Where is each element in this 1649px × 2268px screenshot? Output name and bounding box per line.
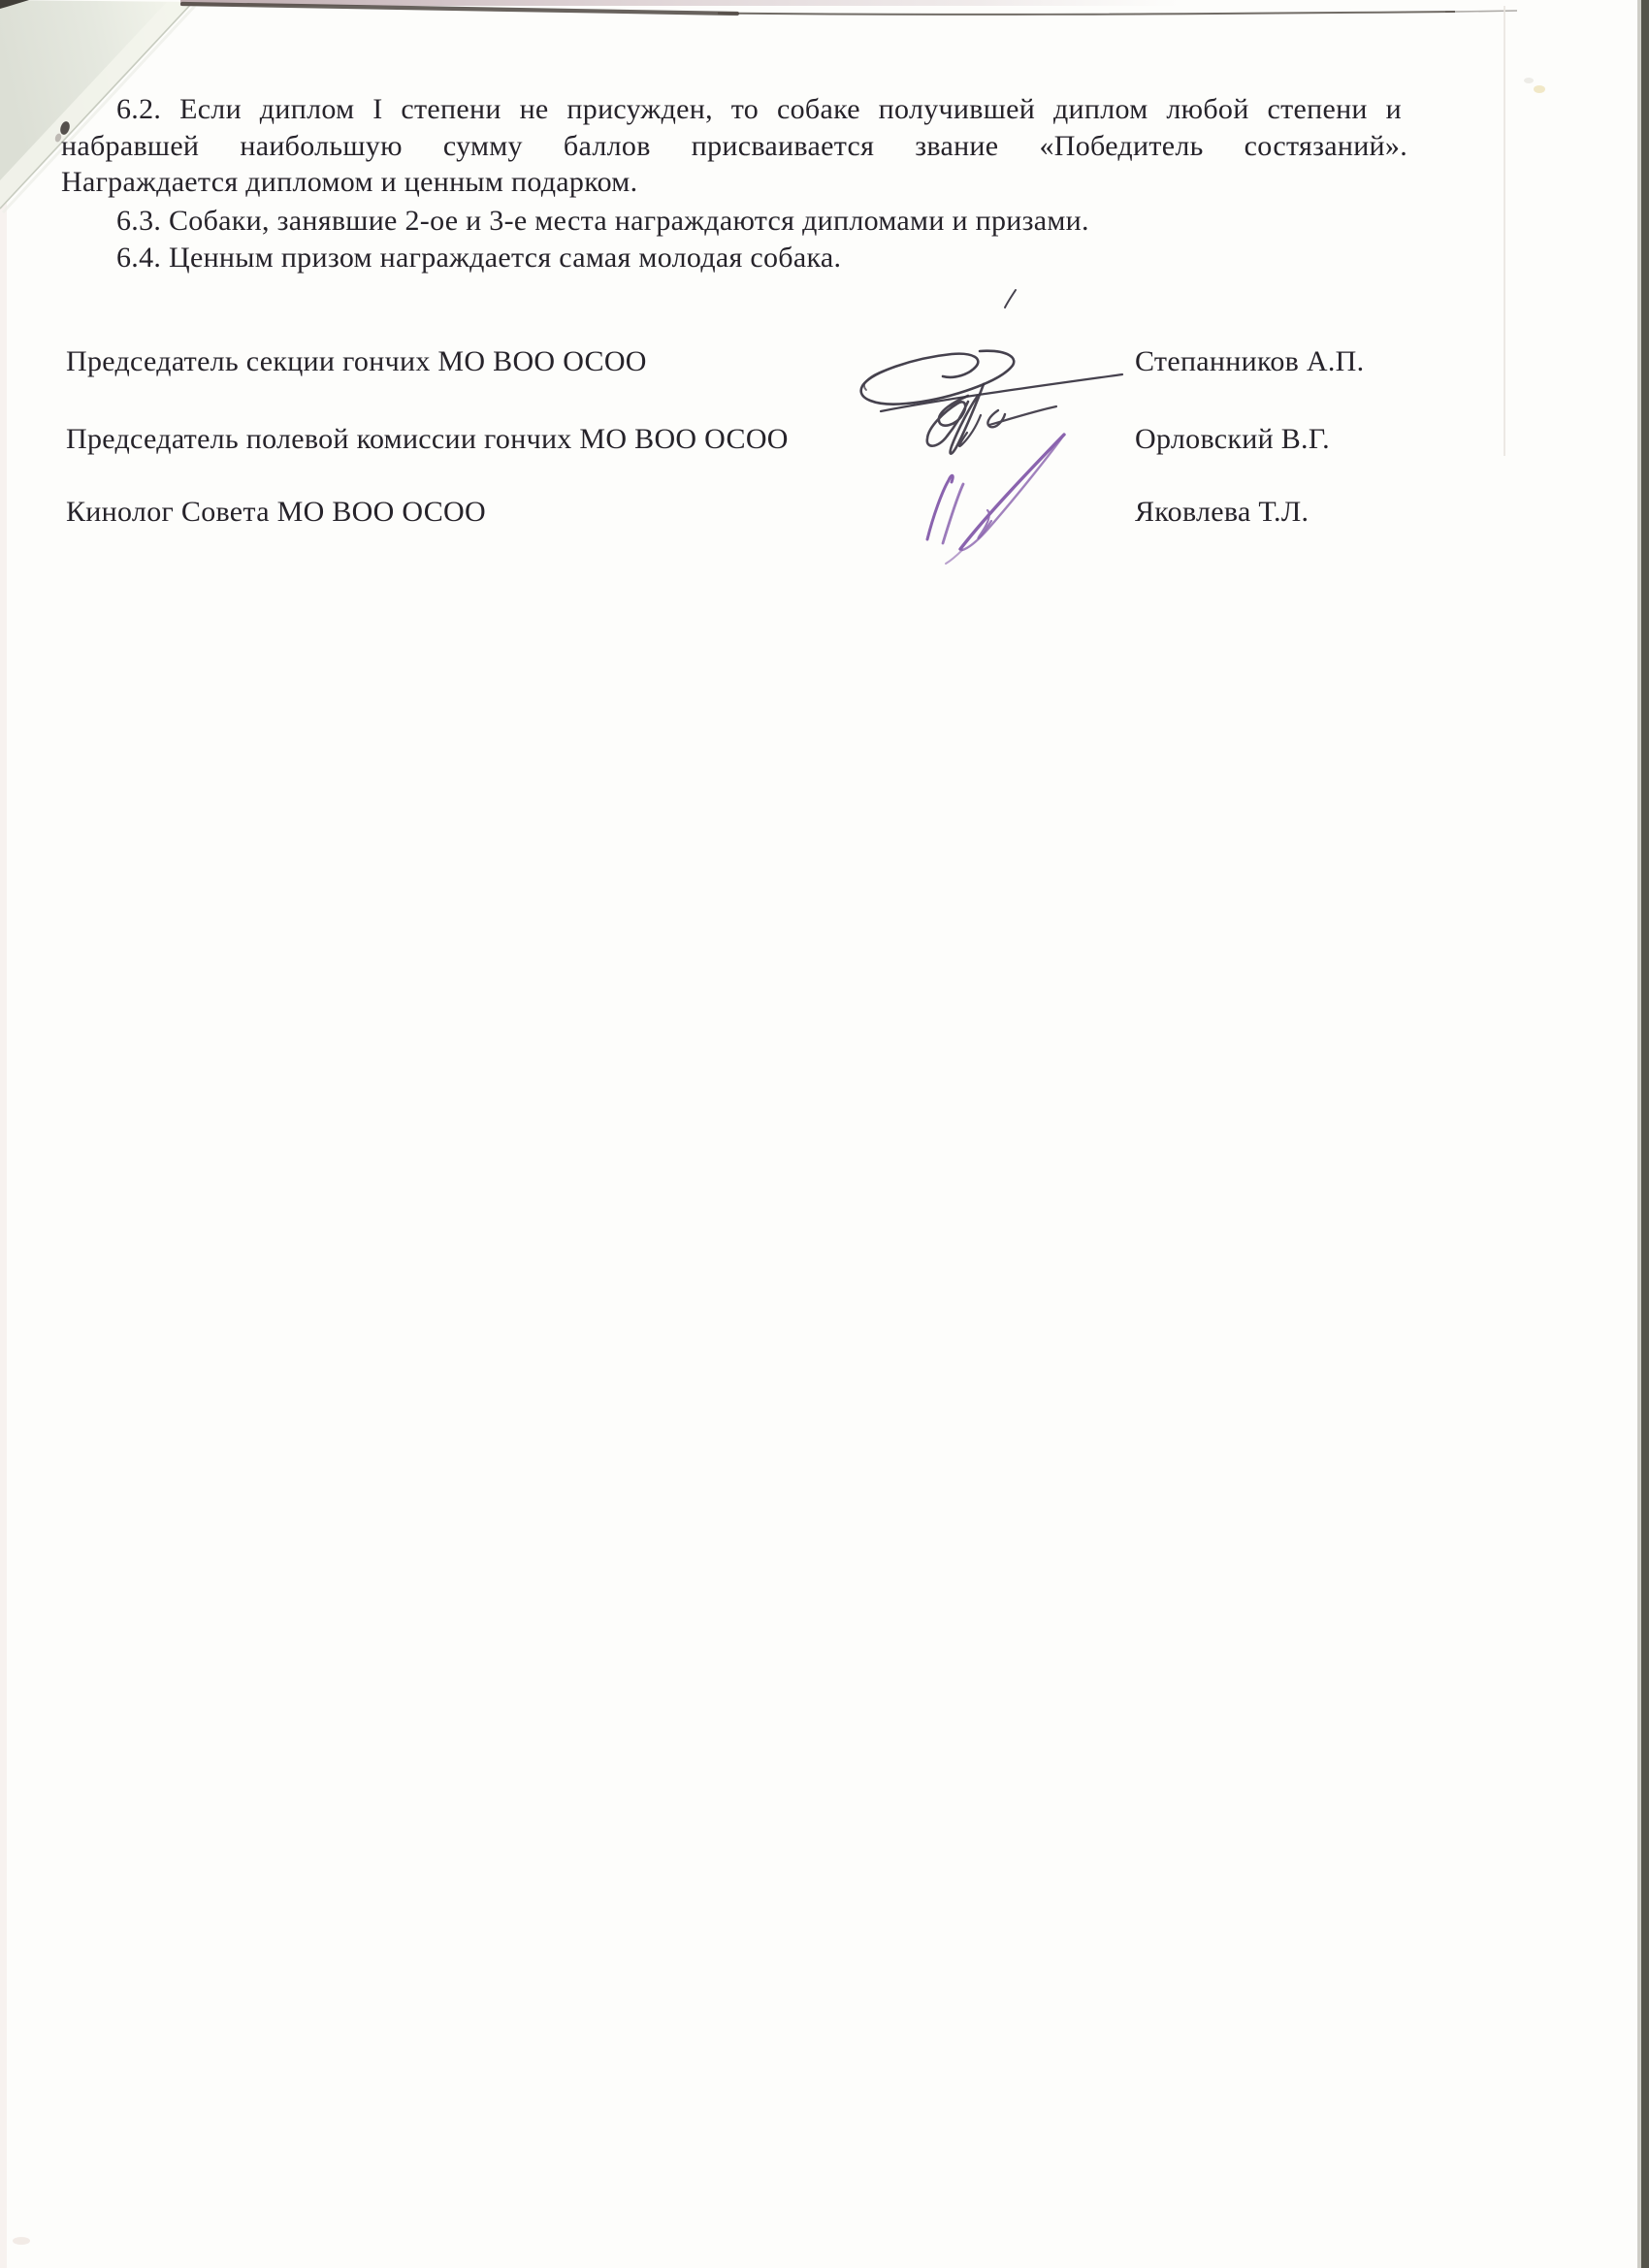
signature-stepannikov bbox=[861, 290, 1122, 411]
signature-yakovleva bbox=[927, 435, 1064, 564]
body-line-3: Награждается дипломом и ценным подарком. bbox=[61, 165, 637, 200]
scan-artifacts bbox=[0, 0, 1649, 2268]
paper-specks bbox=[13, 78, 1545, 2245]
top-edge-line bbox=[180, 0, 1517, 15]
body-line-4: 6.3. Собаки, занявшие 2-ое и 3-е места н… bbox=[116, 204, 1089, 239]
body-line-1: 6.2. Если диплом I степени не присужден,… bbox=[116, 92, 1402, 127]
signatory-name-3: Яковлева Т.Л. bbox=[1135, 495, 1309, 530]
body-line-2: набравшей наибольшую сумму баллов присва… bbox=[61, 129, 1407, 164]
signature-orlovsky bbox=[927, 384, 1056, 454]
signatory-name-1: Степанников А.П. bbox=[1135, 344, 1364, 379]
scanned-document-page: 6.2. Если диплом I степени не присужден,… bbox=[0, 0, 1649, 2268]
signatory-title-1: Председатель секции гончих МО ВОО ОСОО bbox=[66, 344, 647, 379]
right-scan-strip bbox=[1637, 0, 1649, 2268]
signature-tick bbox=[1005, 290, 1016, 308]
corner-dark-sliver bbox=[0, 0, 29, 9]
signatory-title-2: Председатель полевой комиссии гончих МО … bbox=[66, 422, 789, 457]
signatory-title-3: Кинолог Совета МО ВОО ОСОО bbox=[66, 495, 486, 530]
left-scan-edge bbox=[0, 0, 7, 2268]
body-line-5: 6.4. Ценным призом награждается самая мо… bbox=[116, 241, 841, 275]
signatory-name-2: Орловский В.Г. bbox=[1135, 422, 1330, 457]
